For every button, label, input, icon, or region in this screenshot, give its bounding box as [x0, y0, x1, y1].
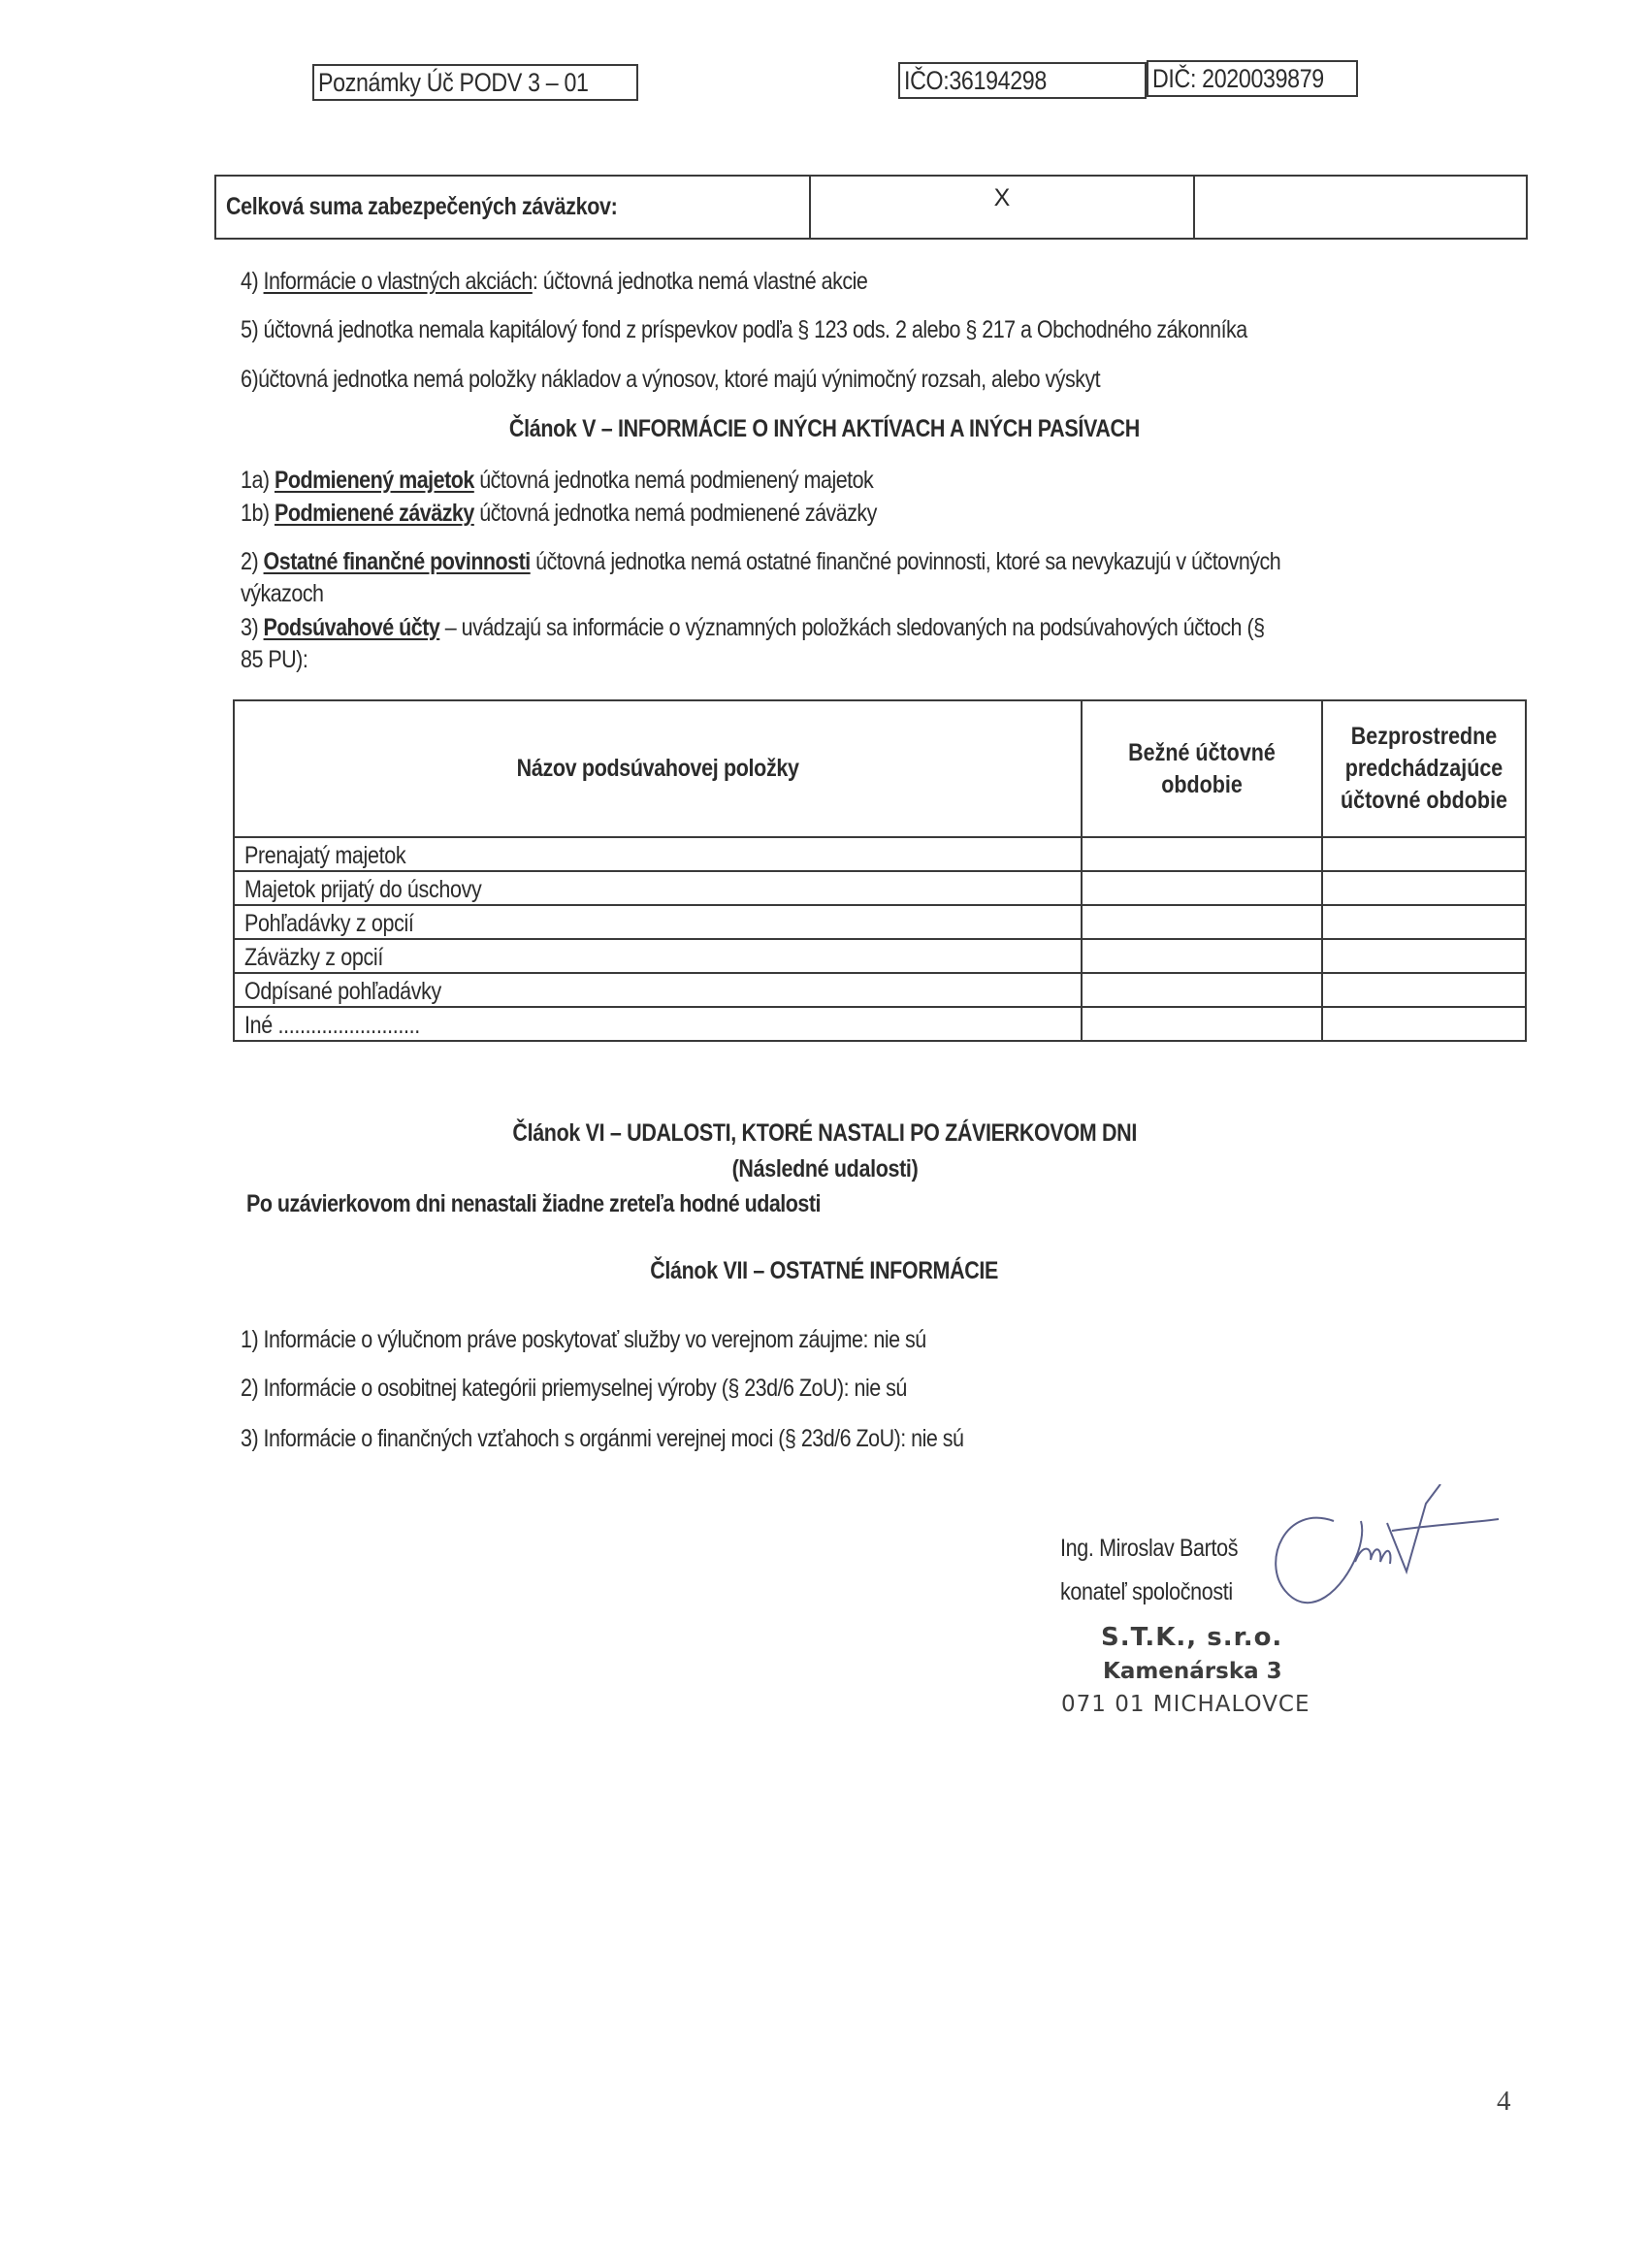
item-off-balance-accounts-cont: 85 PU):	[241, 646, 307, 674]
secured-liabilities-empty	[1194, 176, 1527, 239]
article-vii-item: 1) Informácie o výlučnom práve poskytova…	[241, 1326, 926, 1354]
col-header-current: Bežné účtovné obdobie	[1082, 700, 1322, 837]
item-capital-fund: 5) účtovná jednotka nemala kapitálový fo…	[241, 316, 1247, 344]
dic-box: DIČ: 2020039879	[1147, 60, 1358, 97]
col-header-name: Názov podsúvahovej položky	[234, 700, 1082, 837]
table-row: Prenajatý majetok	[234, 837, 1526, 871]
item-exceptional-items: 6)účtovná jednotka nemá položky nákladov…	[241, 366, 1100, 394]
article-vii-item: 3) Informácie o finančných vzťahoch s or…	[241, 1425, 963, 1453]
article-vi-subtitle: (Následné udalosti)	[0, 1155, 1649, 1183]
signatory-role: konateľ spoločnosti	[1060, 1578, 1261, 1606]
item-other-financial-obligations-cont: výkazoch	[241, 580, 324, 608]
table-row: Pohľadávky z opcií	[234, 905, 1526, 939]
stamp-company: S.T.K., s.r.o.	[1101, 1623, 1282, 1652]
item-contingent-assets: 1a) Podmienený majetok účtovná jednotka …	[241, 467, 873, 495]
cell-previous	[1322, 973, 1526, 1007]
item-own-shares: 4) Informácie o vlastných akciách: účtov…	[241, 268, 867, 296]
off-balance-table: Názov podsúvahovej položky Bežné účtovné…	[233, 699, 1527, 1042]
form-code-box: Poznámky Úč PODV 3 – 01	[312, 64, 638, 101]
handwritten-signature-icon	[1266, 1484, 1518, 1630]
article-vii-item: 2) Informácie o osobitnej kategórii prie…	[241, 1375, 907, 1403]
item-other-financial-obligations: 2) Ostatné finančné povinnosti účtovná j…	[241, 548, 1280, 576]
cell-current	[1082, 837, 1322, 871]
cell-previous	[1322, 1007, 1526, 1041]
secured-liabilities-value: X	[810, 176, 1194, 239]
signatory-name: Ing. Miroslav Bartoš	[1060, 1535, 1267, 1563]
table-header-row: Názov podsúvahovej položky Bežné účtovné…	[234, 700, 1526, 837]
article-vii-title: Článok VII – OSTATNÉ INFORMÁCIE	[0, 1257, 1649, 1285]
item-contingent-liabilities: 1b) Podmienené záväzky účtovná jednotka …	[241, 500, 877, 528]
table-row: Odpísané pohľadávky	[234, 973, 1526, 1007]
cell-previous	[1322, 939, 1526, 973]
ico-box: IČO:36194298	[898, 62, 1147, 99]
secured-liabilities-label: Celková suma zabezpečených záväzkov:	[215, 176, 810, 239]
table-row: Záväzky z opcií	[234, 939, 1526, 973]
col-header-previous: Bezprostredne predchádzajúce účtovné obd…	[1322, 700, 1526, 837]
article-vi-text: Po uzávierkovom dni nenastali žiadne zre…	[246, 1190, 821, 1218]
stamp-city: 071 01 MICHALOVCE	[1061, 1692, 1310, 1717]
cell-current	[1082, 1007, 1322, 1041]
page-number: 4	[1497, 2086, 1511, 2118]
cell-previous	[1322, 871, 1526, 905]
cell-previous	[1322, 905, 1526, 939]
article-vi-title: Článok VI – UDALOSTI, KTORÉ NASTALI PO Z…	[0, 1119, 1649, 1148]
item-off-balance-accounts: 3) Podsúvahové účty – uvádzajú sa inform…	[241, 614, 1265, 642]
cell-current	[1082, 905, 1322, 939]
cell-current	[1082, 939, 1322, 973]
cell-previous	[1322, 837, 1526, 871]
stamp-street: Kamenárska 3	[1103, 1659, 1282, 1684]
cell-current	[1082, 871, 1322, 905]
cell-current	[1082, 973, 1322, 1007]
article-v-title: Článok V – INFORMÁCIE O INÝCH AKTÍVACH A…	[0, 415, 1649, 443]
secured-liabilities-table: Celková suma zabezpečených záväzkov: X	[214, 175, 1528, 240]
table-row: Iné ..........................	[234, 1007, 1526, 1041]
table-row: Majetok prijatý do úschovy	[234, 871, 1526, 905]
